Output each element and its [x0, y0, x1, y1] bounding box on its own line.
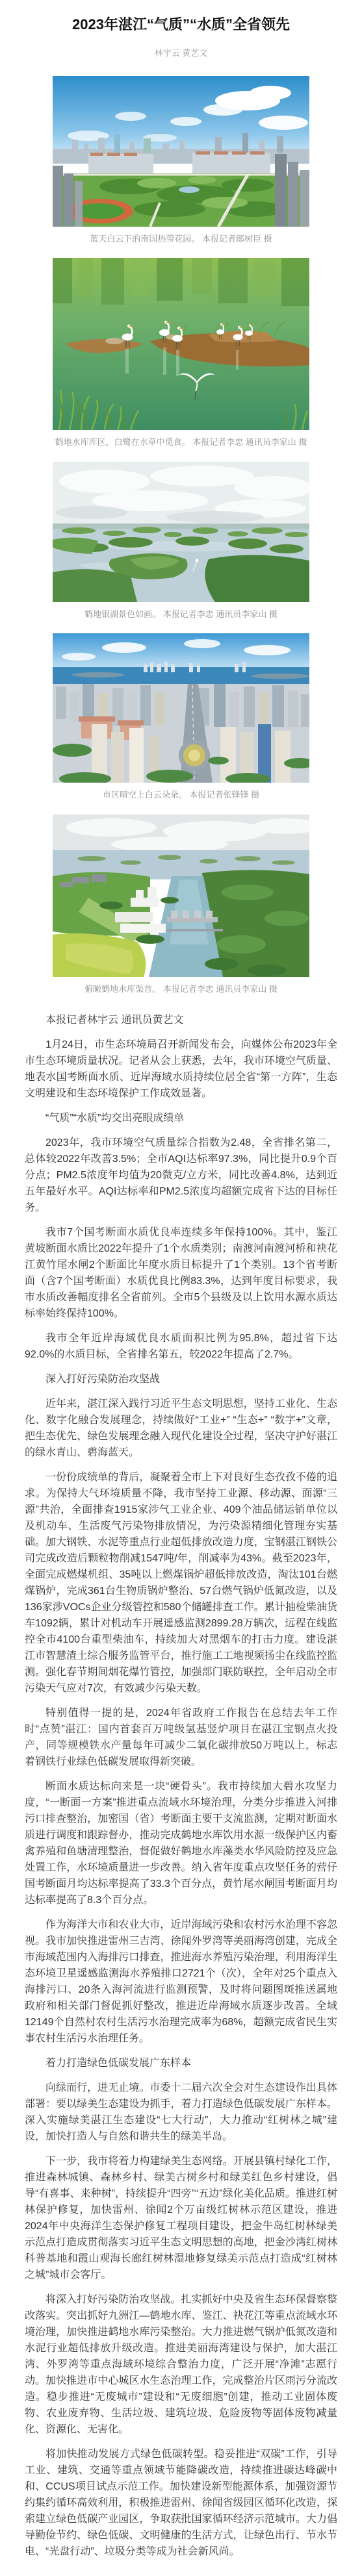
article-body: 本报记者林宇云 通讯员黄艺文 1月24日，市生态环境局召开新闻发布会，向媒体公布… [25, 1012, 337, 2560]
section-subheading: 深入打好污染防治攻坚战 [25, 1371, 337, 1387]
article-page: 2023年湛江“气质”“水质”全省领先 林宇云 黄艺文 [0, 14, 362, 2576]
section-subheading: 着力打造绿色低碳发展广东样本 [25, 2055, 337, 2071]
photo-egrets-wetland [53, 258, 309, 430]
photo-caption: 俯瞰鹤地水库渠首。 本报记者李忠 通讯员李家山 摄 [26, 983, 336, 996]
article-paragraph: 向绿而行，进无止境。市委十二届六次全会对生态建设作出具体部署：要以绿美生态建设为… [25, 2080, 337, 2145]
article-paragraph: 近年来，湛江深入践行习近平生态文明思想，坚持工业化、生态化、数字化融合发展理念，… [25, 1396, 337, 1461]
article-paragraph: 我市全年近岸海域优良水质面积比例为95.8%，超过省下达92.0%的水质目标，全… [25, 1330, 337, 1363]
photo-city-park [53, 76, 309, 227]
article-title: 2023年湛江“气质”“水质”全省领先 [19, 14, 343, 35]
photo-caption: 蓝天白云下的南国热带花园。 本报记者郎树臣 摄 [26, 233, 336, 246]
figure-city-park: 蓝天白云下的南国热带花园。 本报记者郎树臣 摄 [0, 76, 362, 246]
article-paragraph: 将加快推动发展方式绿色低碳转型。稳妥推进“双碳”工作，引导工业、建筑、交通等重点… [25, 2446, 337, 2560]
photo-gallery: 蓝天白云下的南国热带花园。 本报记者郎树臣 摄 [0, 76, 362, 996]
figure-egrets: 鹤地水库库区，白鹭在水草中觅食。 本报记者李忠 通讯员李家山 摄 [0, 258, 362, 449]
article-paragraph: 一份份成绩单的背后，凝聚着全市上下对良好生态孜孜不倦的追求。为保持大气环境质量不… [25, 1469, 337, 1697]
article-paragraph: 特别值得一提的是，2024年省政府工作报告在总结去年工作时“点赞”湛江：国内首套… [25, 1705, 337, 1770]
photo-city-skyline [53, 633, 309, 783]
article-paragraph: 下一步，我市将着力构建绿美生态网络。开展县镇村绿化工作，推进森林城镇、森林乡村、… [25, 2153, 337, 2283]
article-paragraph: 将深入打好污染防治攻坚战。扎实抓好中央及省生态环保督察整改落实。突出抓好九洲江—… [25, 2292, 337, 2438]
photo-caption: 市区晴空上白云朵朵。 本报记者张锋锋 摄 [26, 789, 336, 802]
photo-lake-islands [53, 462, 309, 602]
section-subheading: “气质”“水质”均交出亮眼成绩单 [25, 1110, 337, 1126]
figure-city-skyline: 市区晴空上白云朵朵。 本报记者张锋锋 摄 [0, 633, 362, 802]
article-paragraph: 断面水质达标向来是一块“硬骨头”。我市持续加大碧水攻坚力度，“一断面一方案”推进… [25, 1778, 337, 1908]
byline: 林宇云 黄艺文 [0, 46, 362, 58]
article-paragraph: 作为海洋大市和农业大市，近岸海域污染和农村污水治理不容忽视。我市加快推进雷州三吉… [25, 1917, 337, 2047]
photo-canal-head [53, 814, 309, 977]
figure-canal-head: 俯瞰鹤地水库渠首。 本报记者李忠 通讯员李家山 摄 [0, 814, 362, 996]
article-paragraph: 2023年，我市环境空气质量综合指数为2.48，全省排名第二，总体较2022年改… [25, 1135, 337, 1216]
article-paragraph: 我市7个国考断面水质优良率连续多年保持100%。其中，鉴江黄坡断面水质比2022… [25, 1224, 337, 1322]
article-paragraph: 1月24日，市生态环境局召开新闻发布会，向媒体公布2023年全市生态环境质量状况… [25, 1037, 337, 1102]
photo-caption: 鹤地银湖景色如画。 本报记者李忠 通讯员李家山 摄 [26, 608, 336, 621]
figure-lake-islands: 鹤地银湖景色如画。 本报记者李忠 通讯员李家山 摄 [0, 462, 362, 621]
reporter-line: 本报记者林宇云 通讯员黄艺文 [25, 1012, 337, 1028]
photo-caption: 鹤地水库库区，白鹭在水草中觅食。 本报记者李忠 通讯员李家山 摄 [26, 436, 336, 449]
